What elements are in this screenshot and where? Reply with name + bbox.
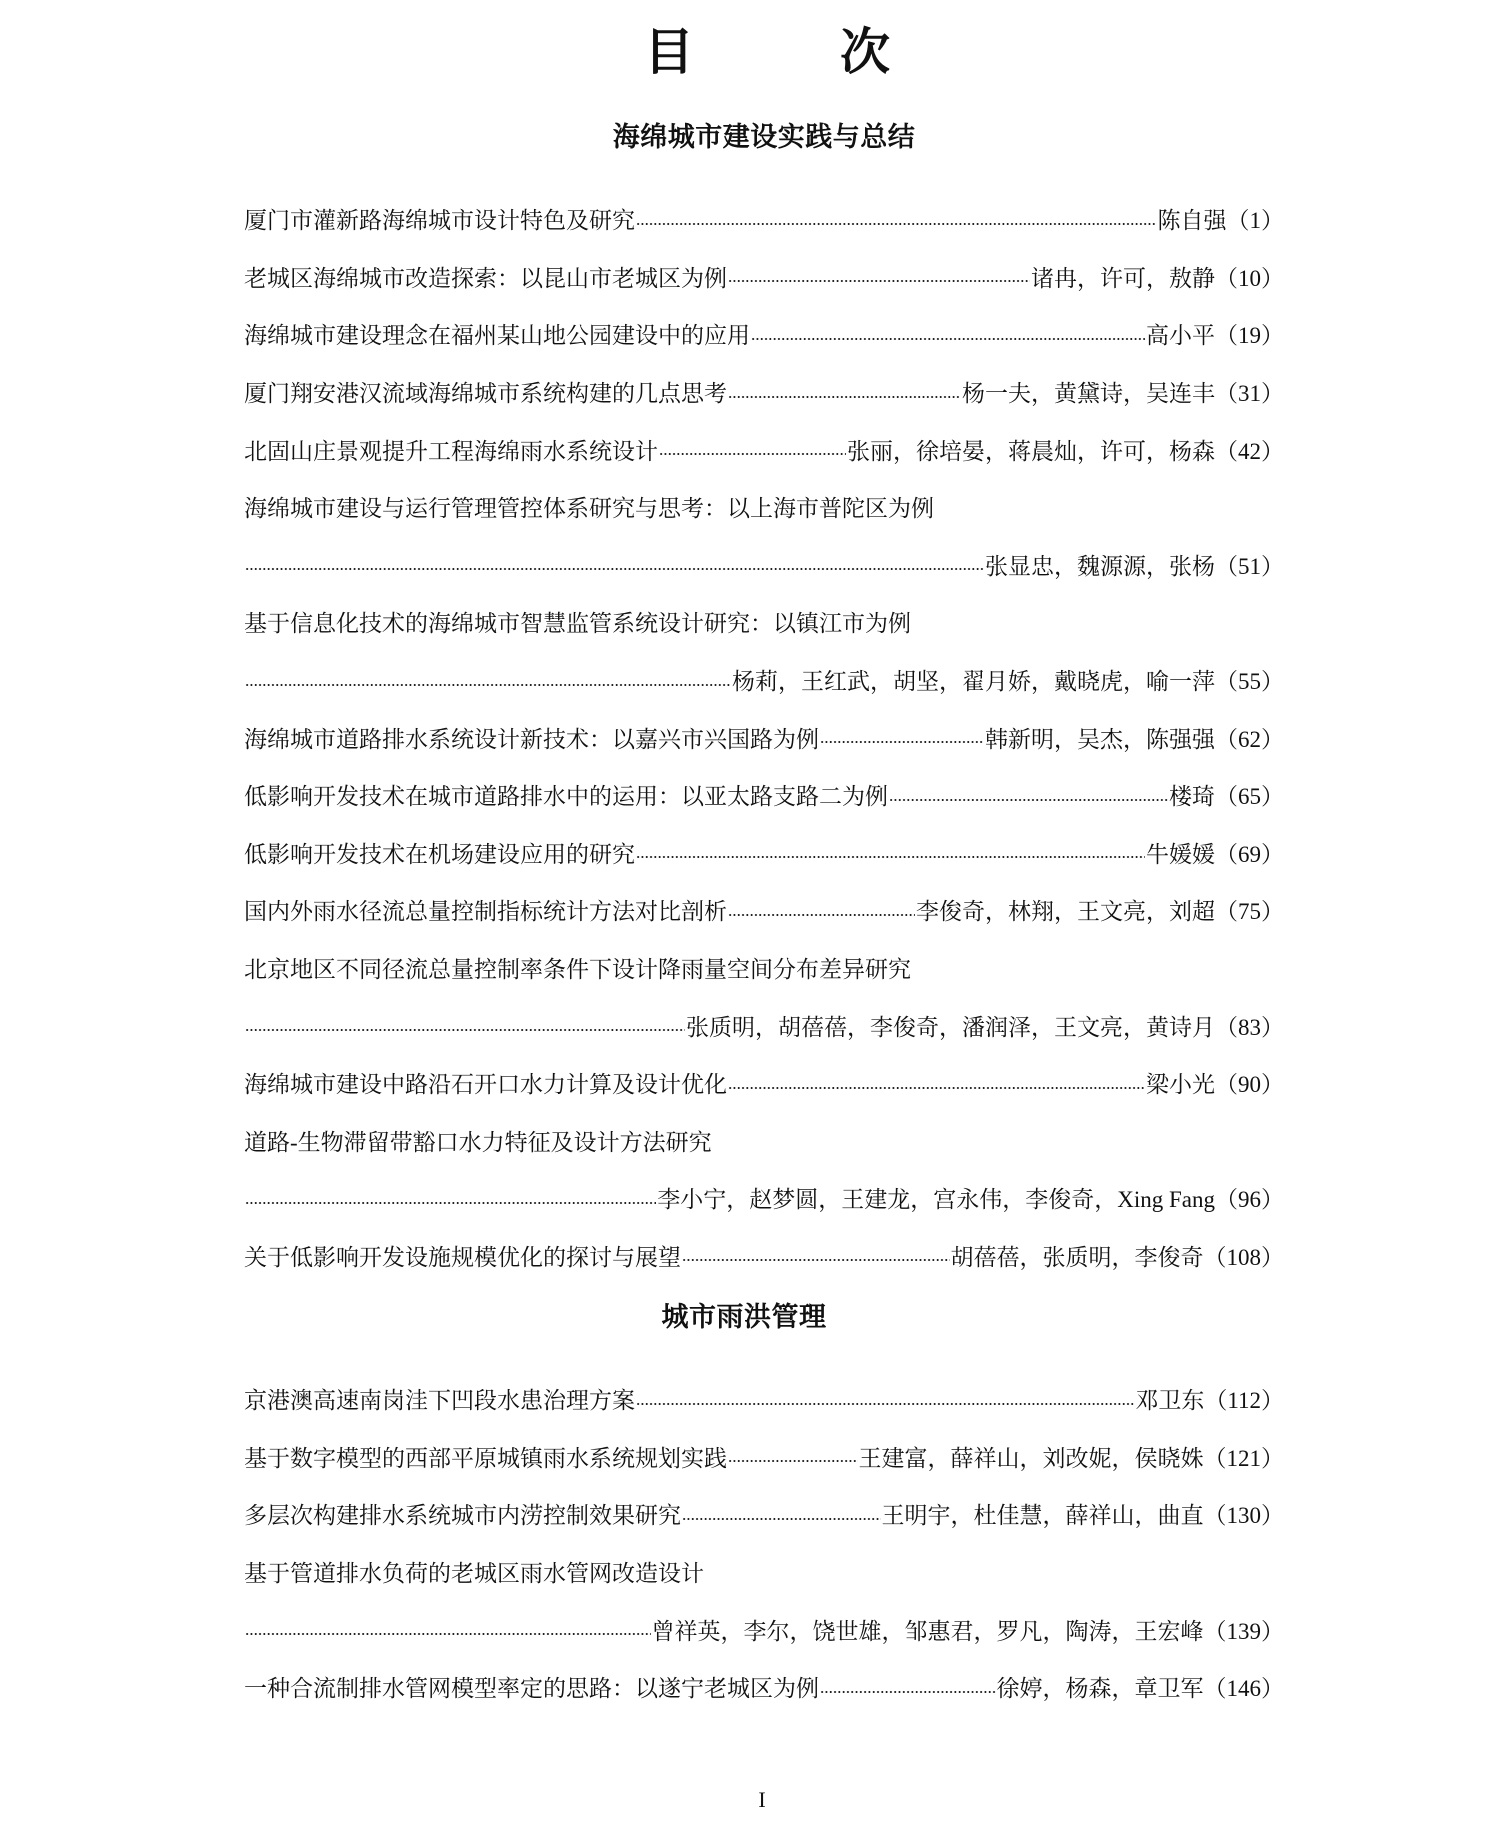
section-heading-sponge-city: 海绵城市建设实践与总结 (0, 120, 1488, 156)
toc-entry[interactable]: 多层次构建排水系统城市内涝控制效果研究王明宇，杜佳慧，薛祥山，曲直（130） (244, 1485, 1284, 1543)
toc-entries-section-1: 厦门市灌新路海绵城市设计特色及研究陈自强（1）老城区海绵城市改造探索：以昆山市老… (244, 190, 1284, 1284)
entry-page: （51） (1215, 548, 1284, 581)
toc-entry[interactable]: 一种合流制排水管网模型率定的思路：以遂宁老城区为例徐婷，杨森，章卫军（146） (244, 1658, 1284, 1716)
toc-entry-author-line[interactable]: 杨莉，王红武，胡坚，翟月娇，戴晓虎，喻一萍（55） (244, 651, 1284, 709)
dot-leader (728, 913, 915, 917)
dot-leader (636, 855, 1145, 859)
entry-authors: 曾祥英，李尔，饶世雄，邹惠君，罗凡，陶涛，王宏峰 (652, 1613, 1204, 1646)
dot-leader (245, 1201, 656, 1205)
toc-entry[interactable]: 老城区海绵城市改造探索：以昆山市老城区为例诸冉，许可，敖静（10） (244, 248, 1284, 306)
dot-leader (245, 1028, 685, 1032)
entry-title: 厦门市灌新路海绵城市设计特色及研究 (244, 202, 635, 235)
entry-page: （65） (1215, 778, 1284, 811)
entry-title: 关于低影响开发设施规模优化的探讨与展望 (244, 1239, 681, 1272)
entry-authors: 诸冉，许可，敖静 (1031, 260, 1215, 293)
entry-authors: 李小宁，赵梦圆，王建龙，宫永伟，李俊奇，Xing Fang (657, 1181, 1215, 1214)
toc-entry-author-line[interactable]: 张质明，胡蓓蓓，李俊奇，潘润泽，王文亮，黄诗月（83） (244, 996, 1284, 1054)
entry-authors: 梁小光 (1146, 1066, 1215, 1099)
entry-title: 低影响开发技术在城市道路排水中的运用：以亚太路支路二为例 (244, 778, 888, 811)
entry-authors: 张质明，胡蓓蓓，李俊奇，潘润泽，王文亮，黄诗月 (686, 1009, 1215, 1042)
dot-leader (682, 1258, 950, 1262)
entry-page: （75） (1215, 893, 1284, 926)
entry-title: 厦门翔安港汉流域海绵城市系统构建的几点思考 (244, 375, 727, 408)
entry-title: 海绵城市建设与运行管理管控体系研究与思考：以上海市普陀区为例 (244, 490, 934, 523)
entry-title: 基于管道排水负荷的老城区雨水管网改造设计 (244, 1555, 704, 1588)
toc-entry[interactable]: 低影响开发技术在机场建设应用的研究牛媛媛（69） (244, 824, 1284, 882)
toc-entry-title-line[interactable]: 海绵城市建设与运行管理管控体系研究与思考：以上海市普陀区为例 (244, 478, 1284, 536)
toc-title: 目 次 (0, 20, 1488, 84)
entry-title: 老城区海绵城市改造探索：以昆山市老城区为例 (244, 260, 727, 293)
dot-leader (751, 337, 1145, 341)
entry-authors: 邓卫东 (1135, 1382, 1204, 1415)
entry-page: （130） (1204, 1497, 1285, 1530)
toc-entry[interactable]: 海绵城市道路排水系统设计新技术：以嘉兴市兴国路为例韩新明，吴杰，陈强强（62） (244, 708, 1284, 766)
entry-authors: 楼琦 (1169, 778, 1215, 811)
entry-title: 北京地区不同径流总量控制率条件下设计降雨量空间分布差异研究 (244, 951, 911, 984)
entry-page: （146） (1204, 1670, 1285, 1703)
toc-entry[interactable]: 基于数字模型的西部平原城镇雨水系统规划实践王建富，薛祥山，刘改妮，侯晓姝（121… (244, 1428, 1284, 1486)
dot-leader (820, 740, 984, 744)
toc-entry-title-line[interactable]: 基于管道排水负荷的老城区雨水管网改造设计 (244, 1543, 1284, 1601)
dot-leader (889, 798, 1168, 802)
dot-leader (636, 222, 1157, 226)
entry-page: （83） (1215, 1009, 1284, 1042)
toc-title-char-2: 次 (840, 20, 890, 84)
entry-authors: 张丽，徐培晏，蒋晨灿，许可，杨森 (847, 433, 1215, 466)
entry-page: （121） (1204, 1440, 1285, 1473)
toc-entry[interactable]: 厦门翔安港汉流域海绵城市系统构建的几点思考杨一夫，黄黛诗，吴连丰（31） (244, 363, 1284, 421)
entry-authors: 胡蓓蓓，张质明，李俊奇 (951, 1239, 1204, 1272)
page-number: I (0, 1786, 1488, 1814)
dot-leader (245, 683, 731, 687)
entry-page: （62） (1215, 721, 1284, 754)
entry-page: （19） (1215, 317, 1284, 350)
entry-authors: 韩新明，吴杰，陈强强 (985, 721, 1215, 754)
entry-authors: 杨一夫，黄黛诗，吴连丰 (962, 375, 1215, 408)
entry-page: （112） (1204, 1382, 1284, 1415)
entry-title: 一种合流制排水管网模型率定的思路：以遂宁老城区为例 (244, 1670, 819, 1703)
entry-title: 道路-生物滞留带豁口水力特征及设计方法研究 (244, 1124, 712, 1157)
dot-leader (728, 279, 1030, 283)
entry-page: （96） (1215, 1181, 1284, 1214)
toc-entry[interactable]: 国内外雨水径流总量控制指标统计方法对比剖析李俊奇，林翔，王文亮，刘超（75） (244, 881, 1284, 939)
entry-page: （31） (1215, 375, 1284, 408)
entry-authors: 王建富，薛祥山，刘改妮，侯晓姝 (859, 1440, 1204, 1473)
toc-entry-title-line[interactable]: 道路-生物滞留带豁口水力特征及设计方法研究 (244, 1112, 1284, 1170)
dot-leader (820, 1690, 996, 1694)
entry-page: （42） (1215, 433, 1284, 466)
toc-entry[interactable]: 厦门市灌新路海绵城市设计特色及研究陈自强（1） (244, 190, 1284, 248)
entry-authors: 牛媛媛 (1146, 836, 1215, 869)
dot-leader (636, 1402, 1134, 1406)
toc-entry[interactable]: 关于低影响开发设施规模优化的探讨与展望胡蓓蓓，张质明，李俊奇（108） (244, 1227, 1284, 1285)
toc-entry-author-line[interactable]: 张显忠，魏源源，张杨（51） (244, 536, 1284, 594)
entry-page: （139） (1204, 1613, 1285, 1646)
entry-page: （108） (1204, 1239, 1285, 1272)
entry-title: 海绵城市建设理念在福州某山地公园建设中的应用 (244, 317, 750, 350)
dot-leader (659, 452, 846, 456)
entry-page: （69） (1215, 836, 1284, 869)
entry-authors: 杨莉，王红武，胡坚，翟月娇，戴晓虎，喻一萍 (732, 663, 1215, 696)
toc-entry-title-line[interactable]: 基于信息化技术的海绵城市智慧监管系统设计研究：以镇江市为例 (244, 593, 1284, 651)
toc-entry[interactable]: 低影响开发技术在城市道路排水中的运用：以亚太路支路二为例楼琦（65） (244, 766, 1284, 824)
entry-title: 海绵城市道路排水系统设计新技术：以嘉兴市兴国路为例 (244, 721, 819, 754)
dot-leader (728, 1459, 858, 1463)
entry-title: 多层次构建排水系统城市内涝控制效果研究 (244, 1497, 681, 1530)
entry-page: （10） (1215, 260, 1284, 293)
toc-entry-title-line[interactable]: 北京地区不同径流总量控制率条件下设计降雨量空间分布差异研究 (244, 939, 1284, 997)
entry-title: 京港澳高速南岗洼下凹段水患治理方案 (244, 1382, 635, 1415)
toc-entry[interactable]: 海绵城市建设中路沿石开口水力计算及设计优化梁小光（90） (244, 1054, 1284, 1112)
entry-authors: 李俊奇，林翔，王文亮，刘超 (916, 893, 1215, 926)
entry-title: 低影响开发技术在机场建设应用的研究 (244, 836, 635, 869)
toc-entry[interactable]: 海绵城市建设理念在福州某山地公园建设中的应用高小平（19） (244, 305, 1284, 363)
dot-leader (728, 395, 961, 399)
entry-page: （90） (1215, 1066, 1284, 1099)
entry-authors: 徐婷，杨森，章卫军 (997, 1670, 1204, 1703)
entry-page: （55） (1215, 663, 1284, 696)
dot-leader (728, 1086, 1145, 1090)
dot-leader (682, 1517, 881, 1521)
toc-entry[interactable]: 北固山庄景观提升工程海绵雨水系统设计张丽，徐培晏，蒋晨灿，许可，杨森（42） (244, 420, 1284, 478)
section-heading-urban-stormwater: 城市雨洪管理 (0, 1300, 1488, 1336)
entry-authors: 王明宇，杜佳慧，薛祥山，曲直 (882, 1497, 1204, 1530)
dot-leader (245, 567, 984, 571)
toc-entry[interactable]: 京港澳高速南岗洼下凹段水患治理方案邓卫东（112） (244, 1370, 1284, 1428)
entry-title: 海绵城市建设中路沿石开口水力计算及设计优化 (244, 1066, 727, 1099)
entry-authors: 陈自强 (1158, 202, 1227, 235)
dot-leader (245, 1632, 651, 1636)
entry-title: 基于数字模型的西部平原城镇雨水系统规划实践 (244, 1440, 727, 1473)
entry-authors: 张显忠，魏源源，张杨 (985, 548, 1215, 581)
entry-title: 基于信息化技术的海绵城市智慧监管系统设计研究：以镇江市为例 (244, 605, 911, 638)
toc-entries-section-2: 京港澳高速南岗洼下凹段水患治理方案邓卫东（112）基于数字模型的西部平原城镇雨水… (244, 1370, 1284, 1716)
entry-title: 北固山庄景观提升工程海绵雨水系统设计 (244, 433, 658, 466)
entry-title: 国内外雨水径流总量控制指标统计方法对比剖析 (244, 893, 727, 926)
entry-authors: 高小平 (1146, 317, 1215, 350)
toc-entry-author-line[interactable]: 曾祥英，李尔，饶世雄，邹惠君，罗凡，陶涛，王宏峰（139） (244, 1600, 1284, 1658)
entry-page: （1） (1227, 202, 1285, 235)
toc-entry-author-line[interactable]: 李小宁，赵梦圆，王建龙，宫永伟，李俊奇，Xing Fang（96） (244, 1169, 1284, 1227)
toc-title-char-1: 目 (644, 20, 694, 84)
